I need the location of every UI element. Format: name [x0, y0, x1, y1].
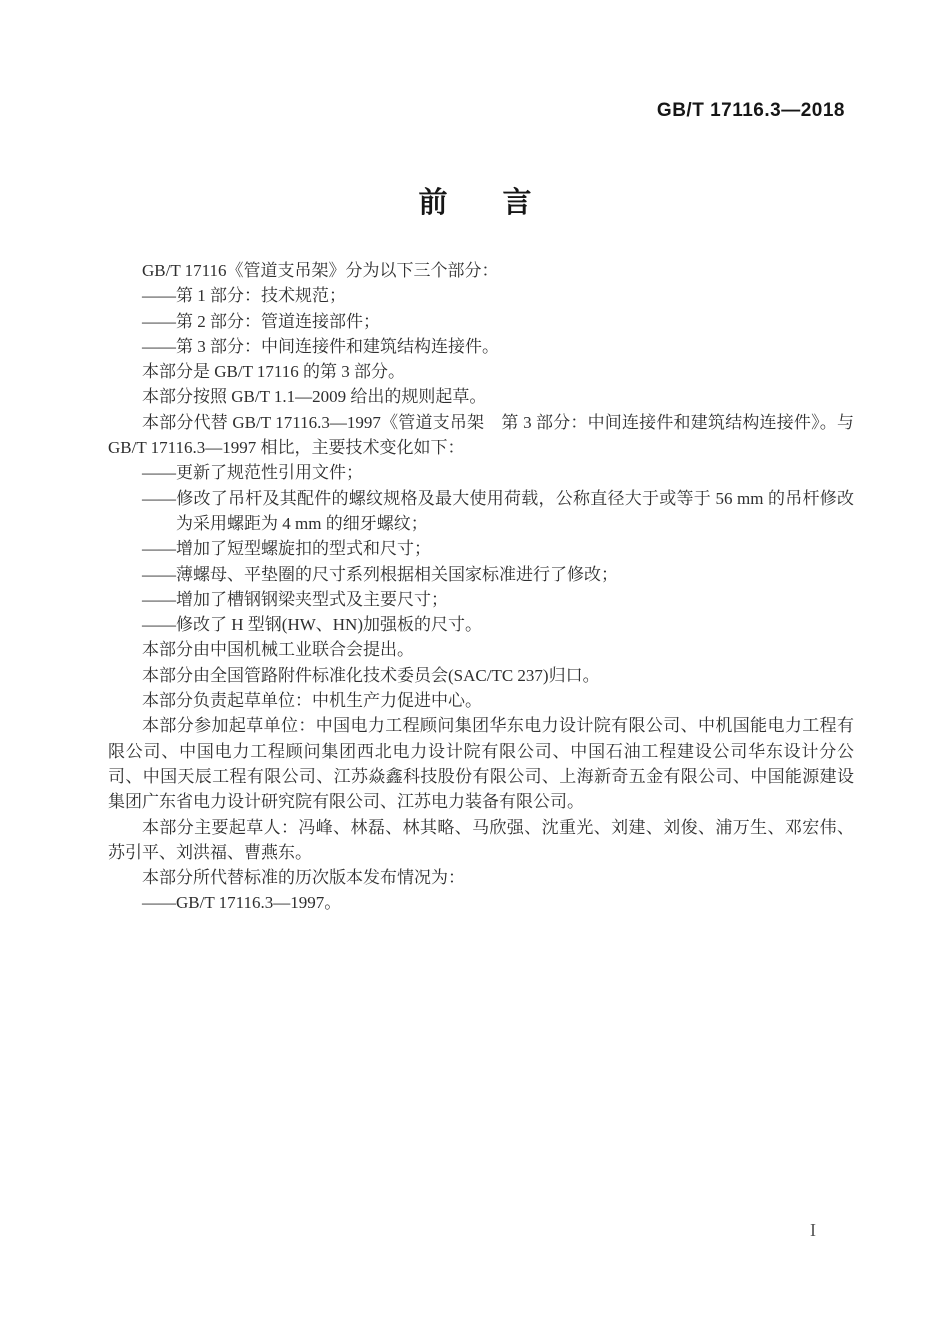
foreword-paragraph: 本部分由中国机械工业联合会提出。	[108, 637, 854, 662]
foreword-list-item: ——薄螺母、平垫圈的尺寸系列根据相关国家标准进行了修改；	[108, 562, 854, 587]
foreword-list-item: ——第 1 部分：技术规范；	[108, 283, 854, 308]
foreword-paragraph: 本部分是 GB/T 17116 的第 3 部分。	[108, 359, 854, 384]
foreword-paragraph: 本部分代替 GB/T 17116.3—1997《管道支吊架 第 3 部分：中间连…	[108, 410, 854, 461]
standard-code-header: GB/T 17116.3—2018	[657, 100, 845, 122]
foreword-paragraph: 本部分所代替标准的历次版本发布情况为：	[108, 865, 854, 890]
document-page: GB/T 17116.3—2018 前言 GB/T 17116《管道支吊架》分为…	[0, 0, 950, 1343]
foreword-paragraph: 本部分主要起草人：冯峰、林磊、林其略、马欣强、沈重光、刘建、刘俊、浦万生、邓宏伟…	[108, 815, 854, 866]
foreword-paragraph: 本部分参加起草单位：中国电力工程顾问集团华东电力设计院有限公司、中机国能电力工程…	[108, 713, 854, 814]
foreword-body: GB/T 17116《管道支吊架》分为以下三个部分： ——第 1 部分：技术规范…	[108, 258, 854, 916]
foreword-paragraph: 本部分按照 GB/T 1.1—2009 给出的规则起草。	[108, 384, 854, 409]
foreword-list-item: ——更新了规范性引用文件；	[108, 460, 854, 485]
foreword-list-item: ——第 2 部分：管道连接部件；	[108, 309, 854, 334]
foreword-title: 前言	[0, 180, 950, 221]
foreword-paragraph: 本部分由全国管路附件标准化技术委员会(SAC/TC 237)归口。	[108, 663, 854, 688]
foreword-list-item: ——修改了 H 型钢(HW、HN)加强板的尺寸。	[108, 612, 854, 637]
foreword-list-item: ——修改了吊杆及其配件的螺纹规格及最大使用荷载，公称直径大于或等于 56 mm …	[108, 486, 854, 537]
page-number: I	[810, 1220, 816, 1241]
foreword-list-item: ——增加了槽钢钢梁夹型式及主要尺寸；	[108, 587, 854, 612]
foreword-list-item: ——第 3 部分：中间连接件和建筑结构连接件。	[108, 334, 854, 359]
foreword-list-item: ——GB/T 17116.3—1997。	[108, 890, 854, 915]
foreword-paragraph: 本部分负责起草单位：中机生产力促进中心。	[108, 688, 854, 713]
foreword-paragraph: GB/T 17116《管道支吊架》分为以下三个部分：	[108, 258, 854, 283]
foreword-list-item: ——增加了短型螺旋扣的型式和尺寸；	[108, 536, 854, 561]
